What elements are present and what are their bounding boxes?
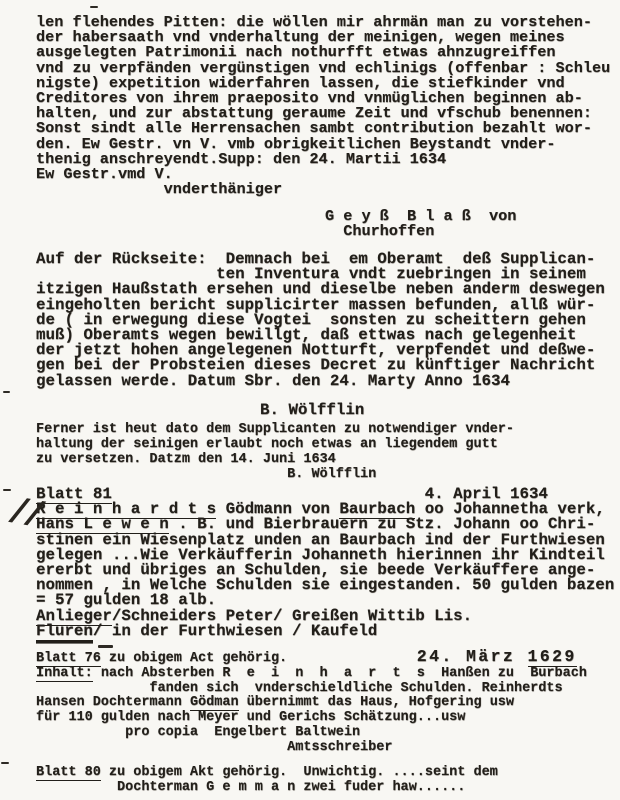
margin-dash-mark <box>3 391 10 393</box>
blatt-81-entry: Blatt 81 4. April 1634R e i n h a r d t … <box>36 487 614 639</box>
document-page: len flehendes Pitten: die wöllen mir ahr… <box>0 0 620 800</box>
margin-dash-mark <box>1 762 9 764</box>
blatt-76-entry: Blatt 76 zu obigem Act gehörig. 24. März… <box>36 650 587 756</box>
ferner-permission-note: Ferner ist heut dato dem Supplicanten zu… <box>36 422 514 482</box>
margin-dash-mark <box>3 489 11 491</box>
petition-closing-paragraph: len flehendes Pitten: die wöllen mir ahr… <box>36 15 610 197</box>
margin-dash-mark <box>98 645 113 648</box>
blatt-80-entry: Blatt 80 zu obigem Akt gehörig. Unwichti… <box>36 766 498 795</box>
rueckseite-decree-paragraph: Auf der Rückseite: Demnach bei em Oberam… <box>36 252 605 389</box>
margin-dash-mark <box>90 6 98 8</box>
woelfflin-signature-1: B. Wölfflin <box>260 403 364 418</box>
signature-geyss-blass-von-churhoffen: G e y ß B l a ß von Churhoffen <box>325 209 516 239</box>
